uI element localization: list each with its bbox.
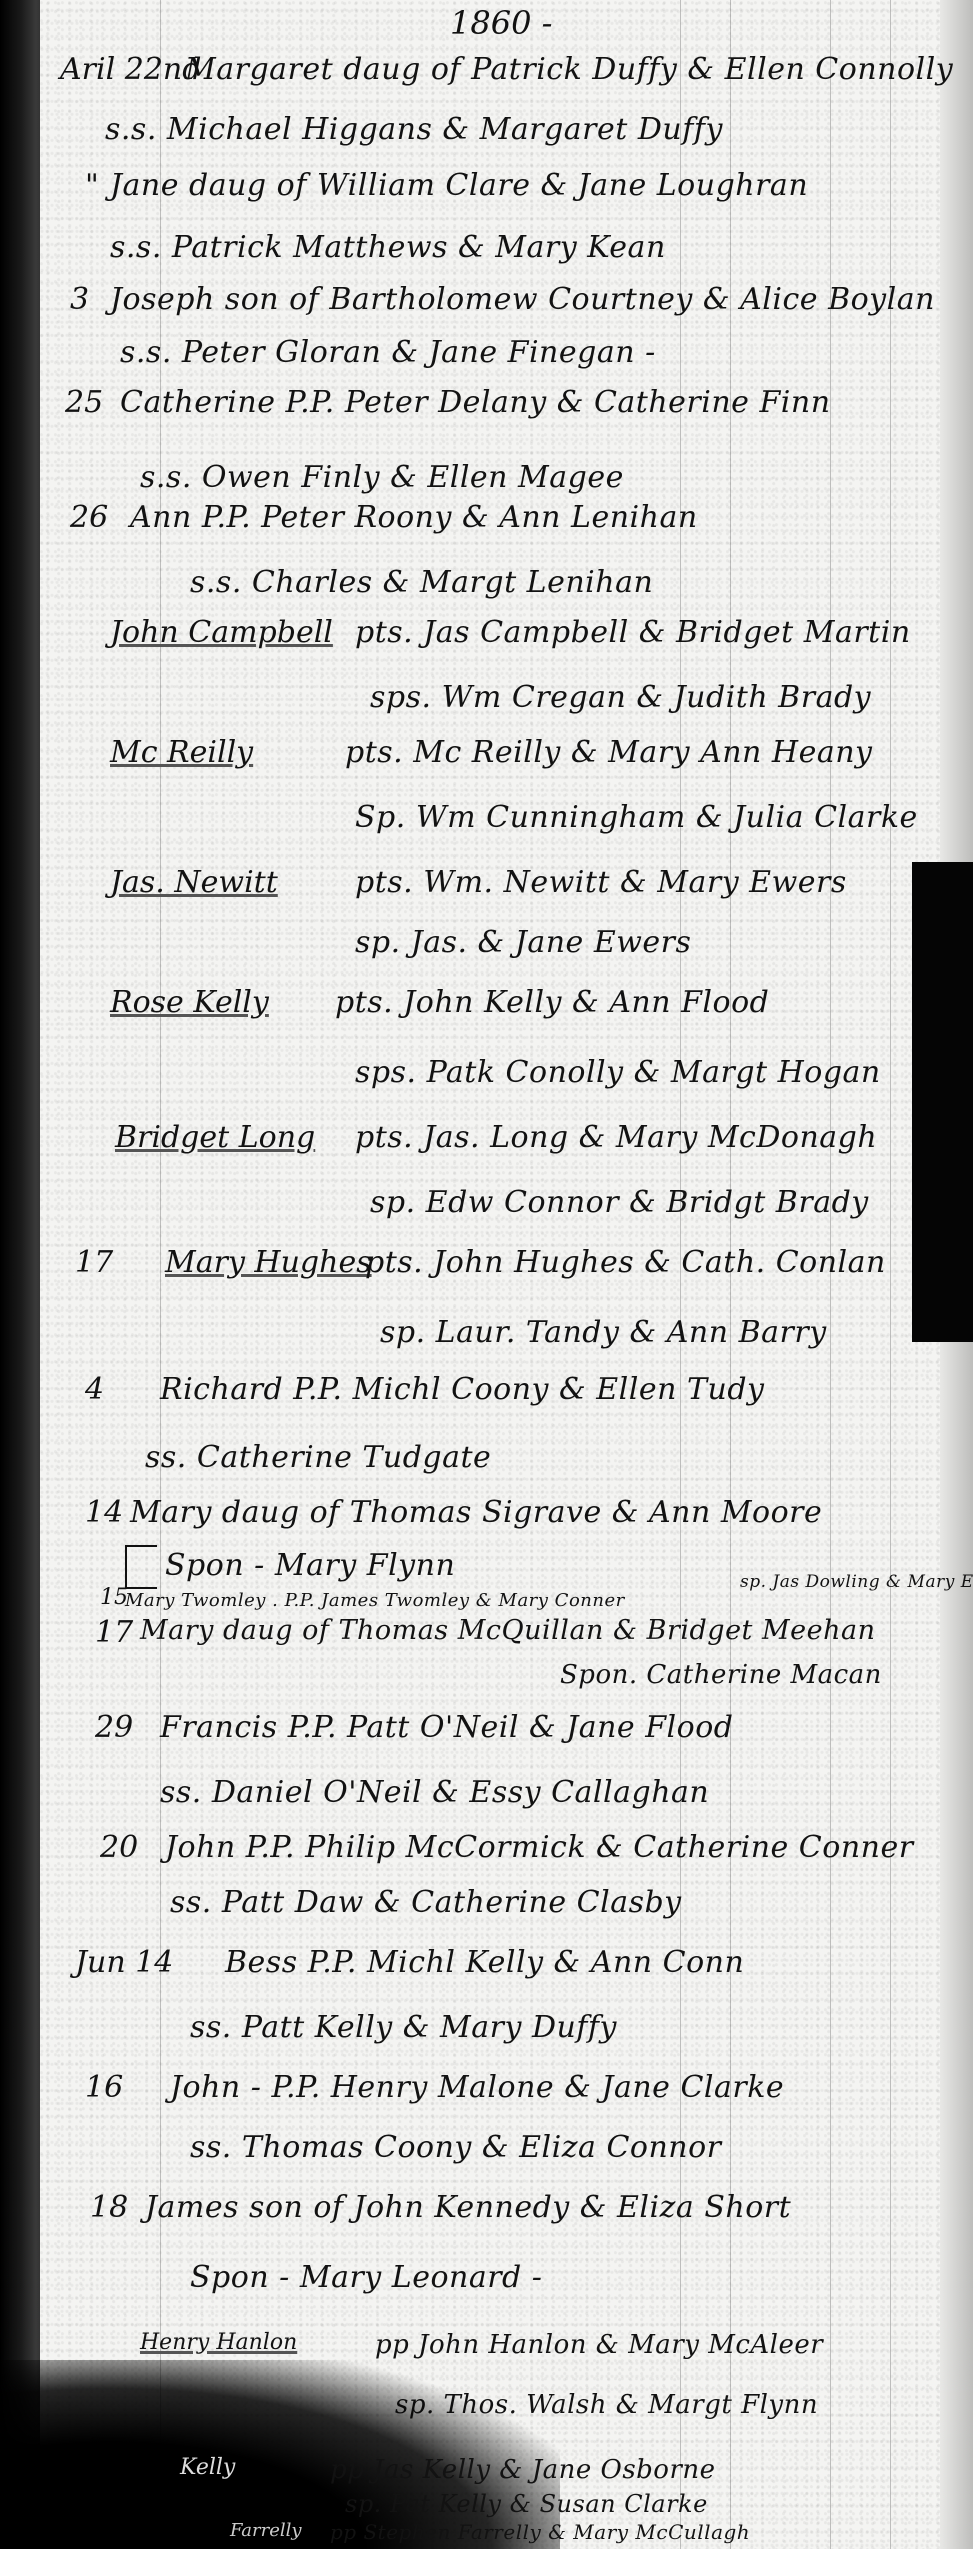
entry-sponsors: s.s. Owen Finly & Ellen Magee: [140, 460, 624, 495]
entry-sponsors: Sp. Wm Cunningham & Julia Clarke: [355, 800, 918, 835]
entry-parents: pts. Jas. Long & Mary McDonagh: [355, 1120, 877, 1155]
child-name: Mc Reilly: [110, 735, 253, 770]
bracket-mark: [125, 1545, 157, 1589]
entry-sponsors: Spon. Catherine Macan: [560, 1660, 882, 1690]
entry-text: James son of John Kennedy & Eliza Short: [145, 2190, 791, 2225]
entry-sponsors: ss. Thomas Coony & Eliza Connor: [190, 2130, 722, 2165]
entry-parents: pp Stephen Farrelly & Mary McCullagh: [330, 2520, 750, 2544]
entry-text: Ann P.P. Peter Roony & Ann Lenihan: [130, 500, 698, 535]
entry-date: 25: [65, 385, 103, 420]
entry-text: Mary daug of Thomas McQuillan & Bridget …: [140, 1615, 875, 1646]
entry-sponsors: ss. Patt Daw & Catherine Clasby: [170, 1885, 682, 1920]
entry-date: 17: [95, 1615, 133, 1650]
entry-date: 16: [85, 2070, 123, 2105]
entry-text: Mary daug of Thomas Sigrave & Ann Moore: [130, 1495, 822, 1530]
entry-sponsors: s.s. Peter Gloran & Jane Finegan -: [120, 335, 656, 370]
entry-date: ": [85, 168, 99, 203]
entry-date: Aril 22nd: [60, 52, 201, 87]
entry-text: Margaret daug of Patrick Duffy & Ellen C…: [185, 52, 953, 87]
entry-sponsors: ss. Patt Kelly & Mary Duffy: [190, 2010, 617, 2045]
ruled-line: [890, 0, 891, 2549]
entry-sponsors: ss. Daniel O'Neil & Essy Callaghan: [160, 1775, 709, 1810]
entry-parents: pts. John Kelly & Ann Flood: [335, 985, 769, 1020]
child-name: Bridget Long: [115, 1120, 315, 1155]
entry-text: Francis P.P. Patt O'Neil & Jane Flood: [160, 1710, 733, 1745]
entry-text: John P.P. Philip McCormick & Catherine C…: [165, 1830, 914, 1865]
index-tab: [912, 862, 973, 1342]
register-year: 1860 -: [450, 4, 552, 42]
entry-text: Bess P.P. Michl Kelly & Ann Conn: [225, 1945, 744, 1980]
entry-parents: pp John Hanlon & Mary McAleer: [375, 2330, 823, 2360]
entry-text: Mary Twomley . P.P. James Twomley & Mary…: [125, 1590, 625, 1611]
entry-sponsors: ss. Catherine Tudgate: [145, 1440, 491, 1475]
entry-sponsors: s.s. Michael Higgans & Margaret Duffy: [105, 112, 723, 147]
entry-sponsors: sps. Patk Conolly & Margt Hogan: [355, 1055, 881, 1090]
entry-sponsors: sp. Jas. & Jane Ewers: [355, 925, 691, 960]
entry-sponsors: sp. Laur. Tandy & Ann Barry: [380, 1315, 827, 1350]
entry-sponsors: s.s. Patrick Matthews & Mary Kean: [110, 230, 666, 265]
entry-text: Jane daug of William Clare & Jane Loughr…: [110, 168, 808, 203]
child-name: John Campbell: [110, 615, 333, 650]
child-name: Farrelly: [230, 2520, 302, 2541]
entry-sponsors: sp. Jas Dowling & Mary Egan: [740, 1572, 973, 1592]
entry-parents: pts. Mc Reilly & Mary Ann Heany: [345, 735, 872, 770]
entry-date: 20: [100, 1830, 138, 1865]
entry-date: 29: [95, 1710, 133, 1745]
entry-text: Joseph son of Bartholomew Courtney & Ali…: [110, 282, 935, 317]
child-name: Kelly: [180, 2455, 235, 2480]
entry-text: Catherine P.P. Peter Delany & Catherine …: [120, 385, 831, 420]
child-name: Jas. Newitt: [110, 865, 278, 900]
child-name: Henry Hanlon: [140, 2330, 297, 2355]
entry-date: Jun 14: [75, 1945, 173, 1980]
entry-parents: pp Jas Kelly & Jane Osborne: [330, 2455, 716, 2485]
entry-sponsors: s.s. Charles & Margt Lenihan: [190, 565, 653, 600]
entry-date: 17: [75, 1245, 113, 1280]
child-name: Mary Hughes: [165, 1245, 372, 1280]
entry-parents: pts. Jas Campbell & Bridget Martin: [355, 615, 911, 650]
ruled-line: [160, 0, 161, 2549]
entry-sponsors: sps. Wm Cregan & Judith Brady: [370, 680, 871, 715]
entry-date: 4: [85, 1372, 104, 1407]
entry-text: Richard P.P. Michl Coony & Ellen Tudy: [160, 1372, 764, 1407]
entry-sponsors: sp. Pat Kelly & Susan Clarke: [345, 2490, 708, 2518]
entry-parents: pts. John Hughes & Cath. Conlan: [365, 1245, 886, 1280]
entry-sponsors: Spon - Mary Flynn: [165, 1548, 455, 1583]
child-name: Rose Kelly: [110, 985, 269, 1020]
entry-date: 26: [70, 500, 108, 535]
entry-parents: pts. Wm. Newitt & Mary Ewers: [355, 865, 847, 900]
entry-sponsors: Spon - Mary Leonard -: [190, 2260, 542, 2295]
entry-date: 14: [85, 1495, 123, 1530]
entry-sponsors: sp. Edw Connor & Bridgt Brady: [370, 1185, 869, 1220]
entry-text: John - P.P. Henry Malone & Jane Clarke: [170, 2070, 784, 2105]
entry-date: 3: [70, 282, 89, 317]
entry-date: 15: [100, 1585, 128, 1610]
entry-date: 18: [90, 2190, 128, 2225]
